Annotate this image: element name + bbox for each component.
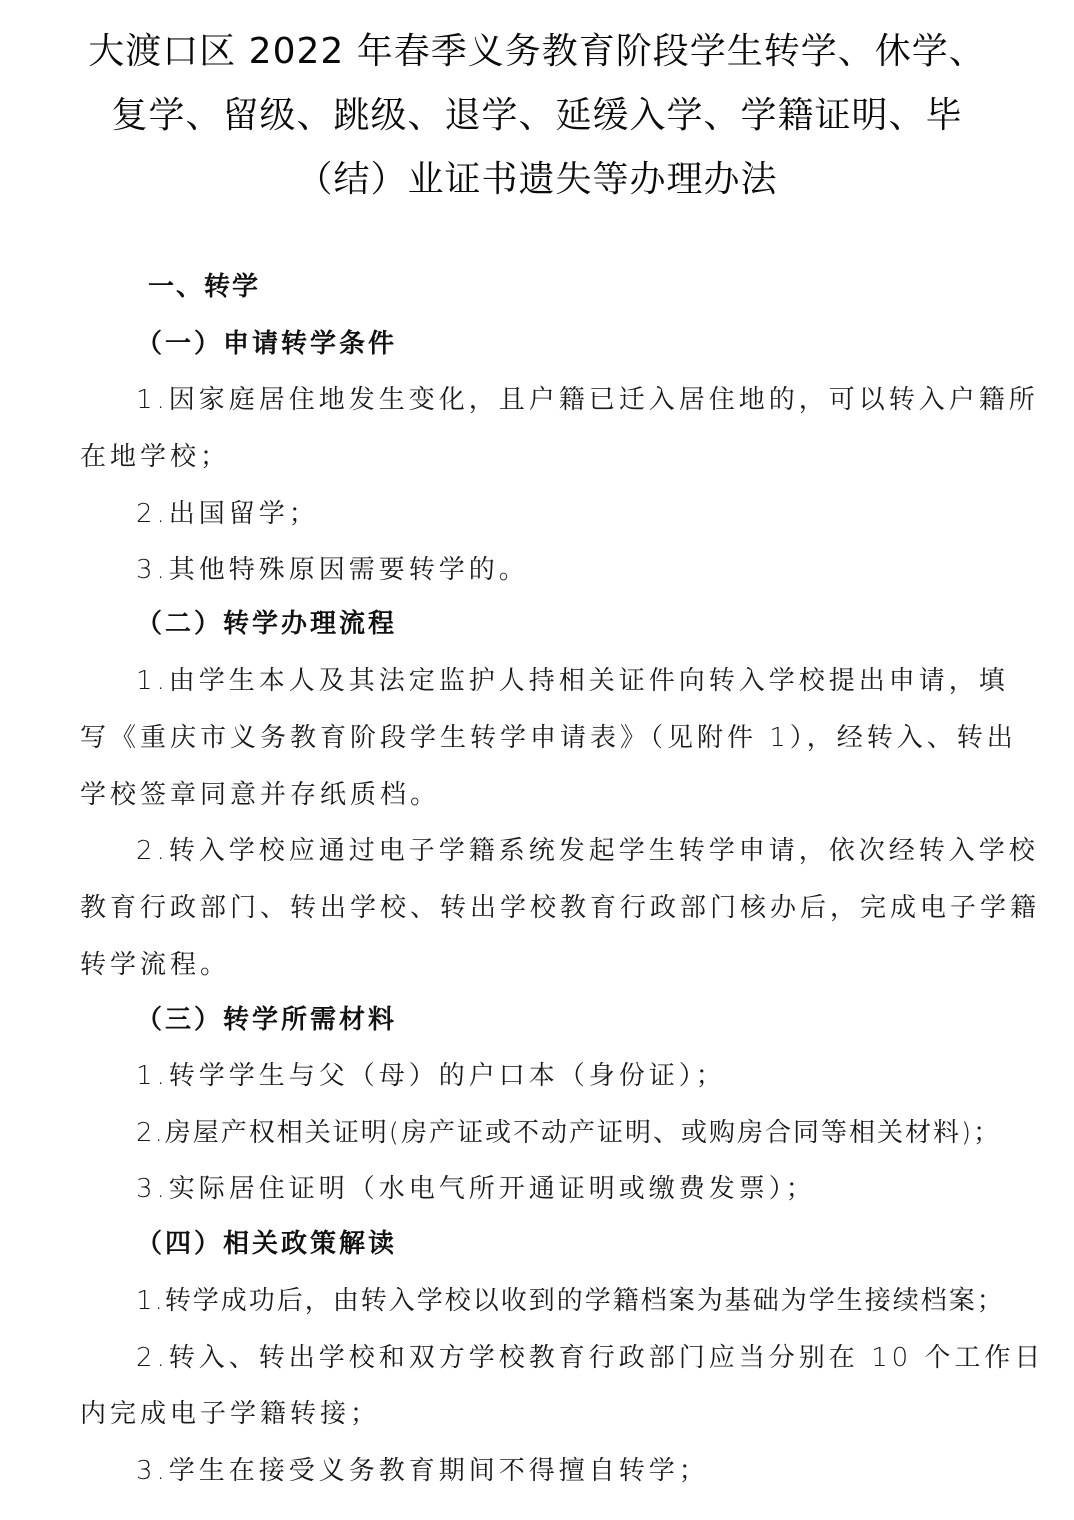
paragraph-line: 3.实际居住证明（水电气所开通证明或缴费发票）； [136,1172,1056,1206]
document-title: 大渡口区 2022 年春季义务教育阶段学生转学、休学、 复学、留级、跳级、退学、… [70,20,1004,212]
paragraph-line: 2.出国留学； [136,497,1056,531]
subheading-application-conditions: （一）申请转学条件 [136,327,1056,361]
paragraph-line: 2.房屋产权相关证明(房产证或不动产证明、或购房合同等相关材料)； [136,1116,1056,1150]
subheading-policy-interpretation: （四）相关政策解读 [136,1227,1056,1261]
paragraph-line: 1.因家庭居住地发生变化，且户籍已迁入居住地的，可以转入户籍所 [136,383,1056,417]
title-line-1: 大渡口区 2022 年春季义务教育阶段学生转学、休学、 [70,20,1004,84]
paragraph-line: 学校签章同意并存纸质档。 [80,778,1000,812]
paragraph-line: 1.转学学生与父（母）的户口本（身份证）； [136,1059,1056,1093]
paragraph-line: 3.其他特殊原因需要转学的。 [136,553,1056,587]
paragraph-line: 写《重庆市义务教育阶段学生转学申请表》（见附件 1），经转入、转出 [80,721,1000,755]
paragraph-line: 1.转学成功后，由转入学校以收到的学籍档案为基础为学生接续档案； [136,1284,1056,1318]
paragraph-line: 在地学校； [80,440,1000,474]
document-page: 大渡口区 2022 年春季义务教育阶段学生转学、休学、 复学、留级、跳级、退学、… [0,0,1074,1520]
subheading-transfer-process: （二）转学办理流程 [136,607,1056,641]
paragraph-line: 2.转入学校应通过电子学籍系统发起学生转学申请，依次经转入学校 [136,834,1056,868]
section-heading-transfer: 一、转学 [148,270,1068,304]
title-line-3: （结）业证书遗失等办理办法 [70,148,1004,212]
paragraph-line: 内完成电子学籍转接； [80,1397,1000,1431]
paragraph-line: 3.学生在接受义务教育期间不得擅自转学； [136,1454,1056,1488]
paragraph-line: 2.转入、转出学校和双方学校教育行政部门应当分别在 10 个工作日 [136,1341,1056,1375]
paragraph-line: 教育行政部门、转出学校、转出学校教育行政部门核办后，完成电子学籍 [80,891,1000,925]
subheading-required-materials: （三）转学所需材料 [136,1003,1056,1037]
title-line-2: 复学、留级、跳级、退学、延缓入学、学籍证明、毕 [70,84,1004,148]
paragraph-line: 1.由学生本人及其法定监护人持相关证件向转入学校提出申请，填 [136,664,1056,698]
paragraph-line: 转学流程。 [80,948,1000,982]
